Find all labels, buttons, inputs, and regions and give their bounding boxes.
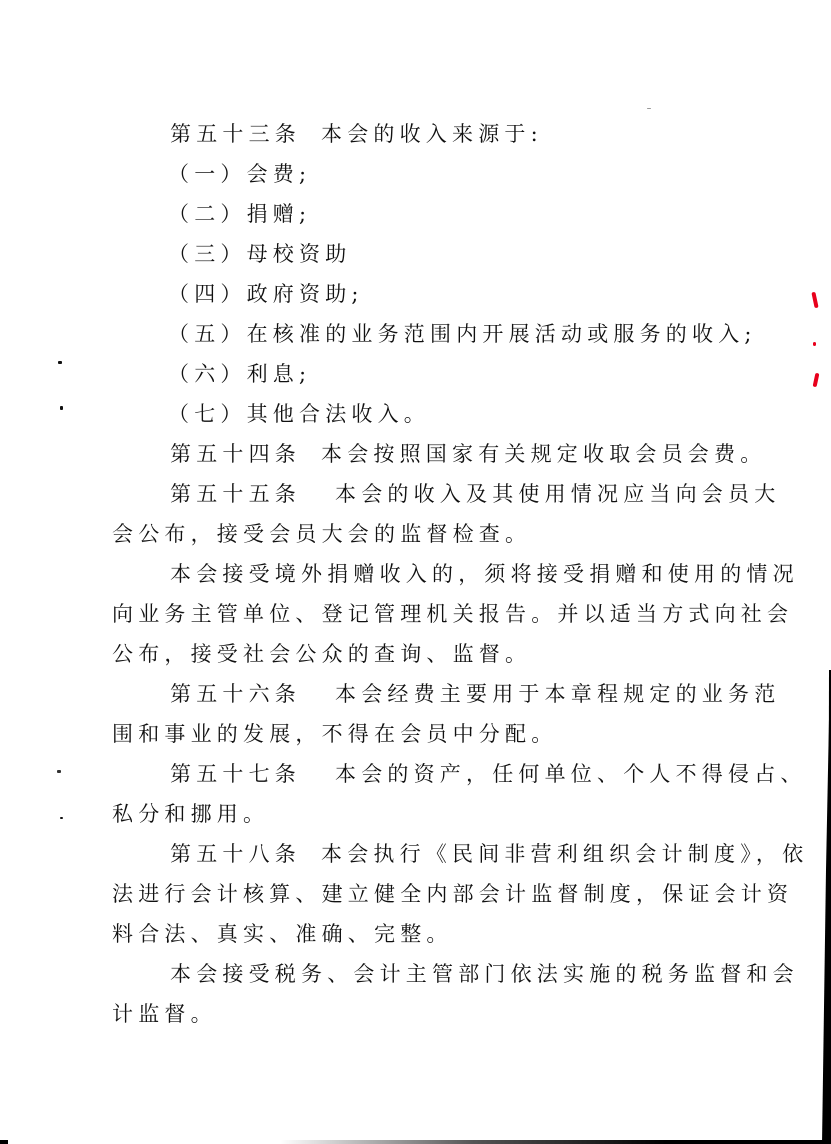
income-source-item: （六）利息; <box>112 354 704 394</box>
article-number: 第五十三条 <box>170 122 301 146</box>
article-55: 第五十五条本会的收入及其使用情况应当向会员大 <box>112 474 704 514</box>
paragraph-line: 料合法、真实、准确、完整。 <box>112 914 704 954</box>
article-number: 第五十五条 <box>170 482 301 506</box>
scan-speck <box>58 361 62 364</box>
article-53-heading: 第五十三条本会的收入来源于: <box>112 114 704 154</box>
income-source-item: （二）捐赠; <box>112 194 704 234</box>
scan-speck <box>60 817 63 819</box>
article-number: 第五十八条 <box>170 842 301 866</box>
paragraph-line: 私分和挪用。 <box>112 794 704 834</box>
paragraph-line: 法进行会计核算、建立健全内部会计监督制度，保证会计资 <box>112 874 704 914</box>
article-57: 第五十七条本会的资产，任何单位、个人不得侵占、 <box>112 754 704 794</box>
scan-border-right <box>800 0 831 1144</box>
article-54: 第五十四条本会按照国家有关规定收取会员会费。 <box>112 434 704 474</box>
paragraph-line: 本会接受境外捐赠收入的，须将接受捐赠和使用的情况 <box>112 554 704 594</box>
income-source-item: （四）政府资助; <box>112 274 704 314</box>
article-text: 本会按照国家有关规定收取会员会费。 <box>321 442 766 466</box>
paragraph-line: 计监督。 <box>112 994 704 1034</box>
scan-speck <box>60 406 63 410</box>
income-source-item: （七）其他合法收入。 <box>112 394 704 434</box>
income-source-item: （五）在核准的业务范围内开展活动或服务的收入; <box>112 314 704 354</box>
article-text: 本会经费主要用于本章程规定的业务范 <box>335 682 780 706</box>
paragraph-line: 本会接受税务、会计主管部门依法实施的税务监督和会 <box>112 954 704 994</box>
article-text: 本会的收入来源于: <box>321 122 543 146</box>
scanned-page: 第五十三条本会的收入来源于: （一）会费; （二）捐赠; （三）母校资助 （四）… <box>0 0 831 1144</box>
income-source-item: （三）母校资助 <box>112 234 704 274</box>
scan-speck <box>647 108 651 109</box>
article-text: 本会执行《民间非营利组织会计制度》，依 <box>321 842 808 866</box>
scan-speck <box>57 770 61 773</box>
article-number: 第五十四条 <box>170 442 301 466</box>
income-source-item: （一）会费; <box>112 154 704 194</box>
article-58: 第五十八条本会执行《民间非营利组织会计制度》，依 <box>112 834 704 874</box>
article-number: 第五十六条 <box>170 682 301 706</box>
scan-border-bottom <box>280 1140 831 1144</box>
document-body: 第五十三条本会的收入来源于: （一）会费; （二）捐赠; （三）母校资助 （四）… <box>112 114 704 1034</box>
article-text: 本会的收入及其使用情况应当向会员大 <box>335 482 780 506</box>
article-56: 第五十六条本会经费主要用于本章程规定的业务范 <box>112 674 704 714</box>
scan-border-bottom-left <box>0 1140 8 1144</box>
article-number: 第五十七条 <box>170 762 301 786</box>
article-text: 本会的资产，任何单位、个人不得侵占、 <box>335 762 807 786</box>
paragraph-line: 公布，接受社会公众的查询、监督。 <box>112 634 704 674</box>
paragraph-line: 向业务主管单位、登记管理机关报告。并以适当方式向社会 <box>112 594 704 634</box>
paragraph-line: 围和事业的发展，不得在会员中分配。 <box>112 714 704 754</box>
paragraph-line: 会公布，接受会员大会的监督检查。 <box>112 514 704 554</box>
